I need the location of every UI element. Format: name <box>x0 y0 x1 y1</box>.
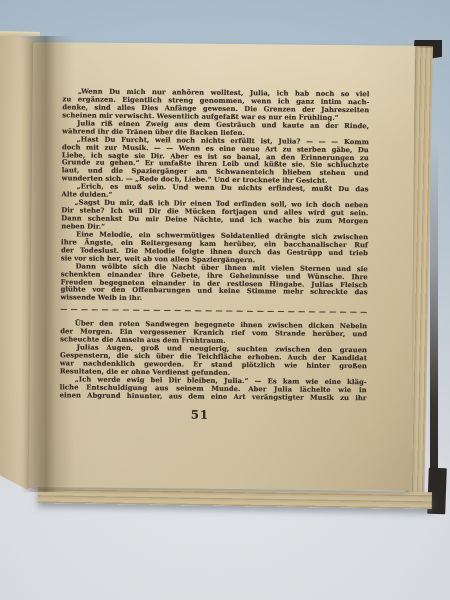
book-cover-right-edge <box>430 140 438 490</box>
book-page: „WennDumichnuranhörenwolltest,Julia,ichh… <box>29 42 415 491</box>
page-number: 51 <box>46 407 353 422</box>
left-page-top-edge <box>0 31 40 37</box>
text-block: „WennDumichnuranhörenwolltest,Julia,ichh… <box>59 88 369 422</box>
section-separator: —————————————————————————————— <box>60 306 367 317</box>
text-lines: „WennDumichnuranhörenwolltest,Julia,ichh… <box>60 88 370 403</box>
book-photo: „WennDumichnuranhörenwolltest,Julia,ichh… <box>0 0 450 600</box>
text-line: einenAbgrundhinunter,ausdemeineArtveräng… <box>60 392 367 403</box>
